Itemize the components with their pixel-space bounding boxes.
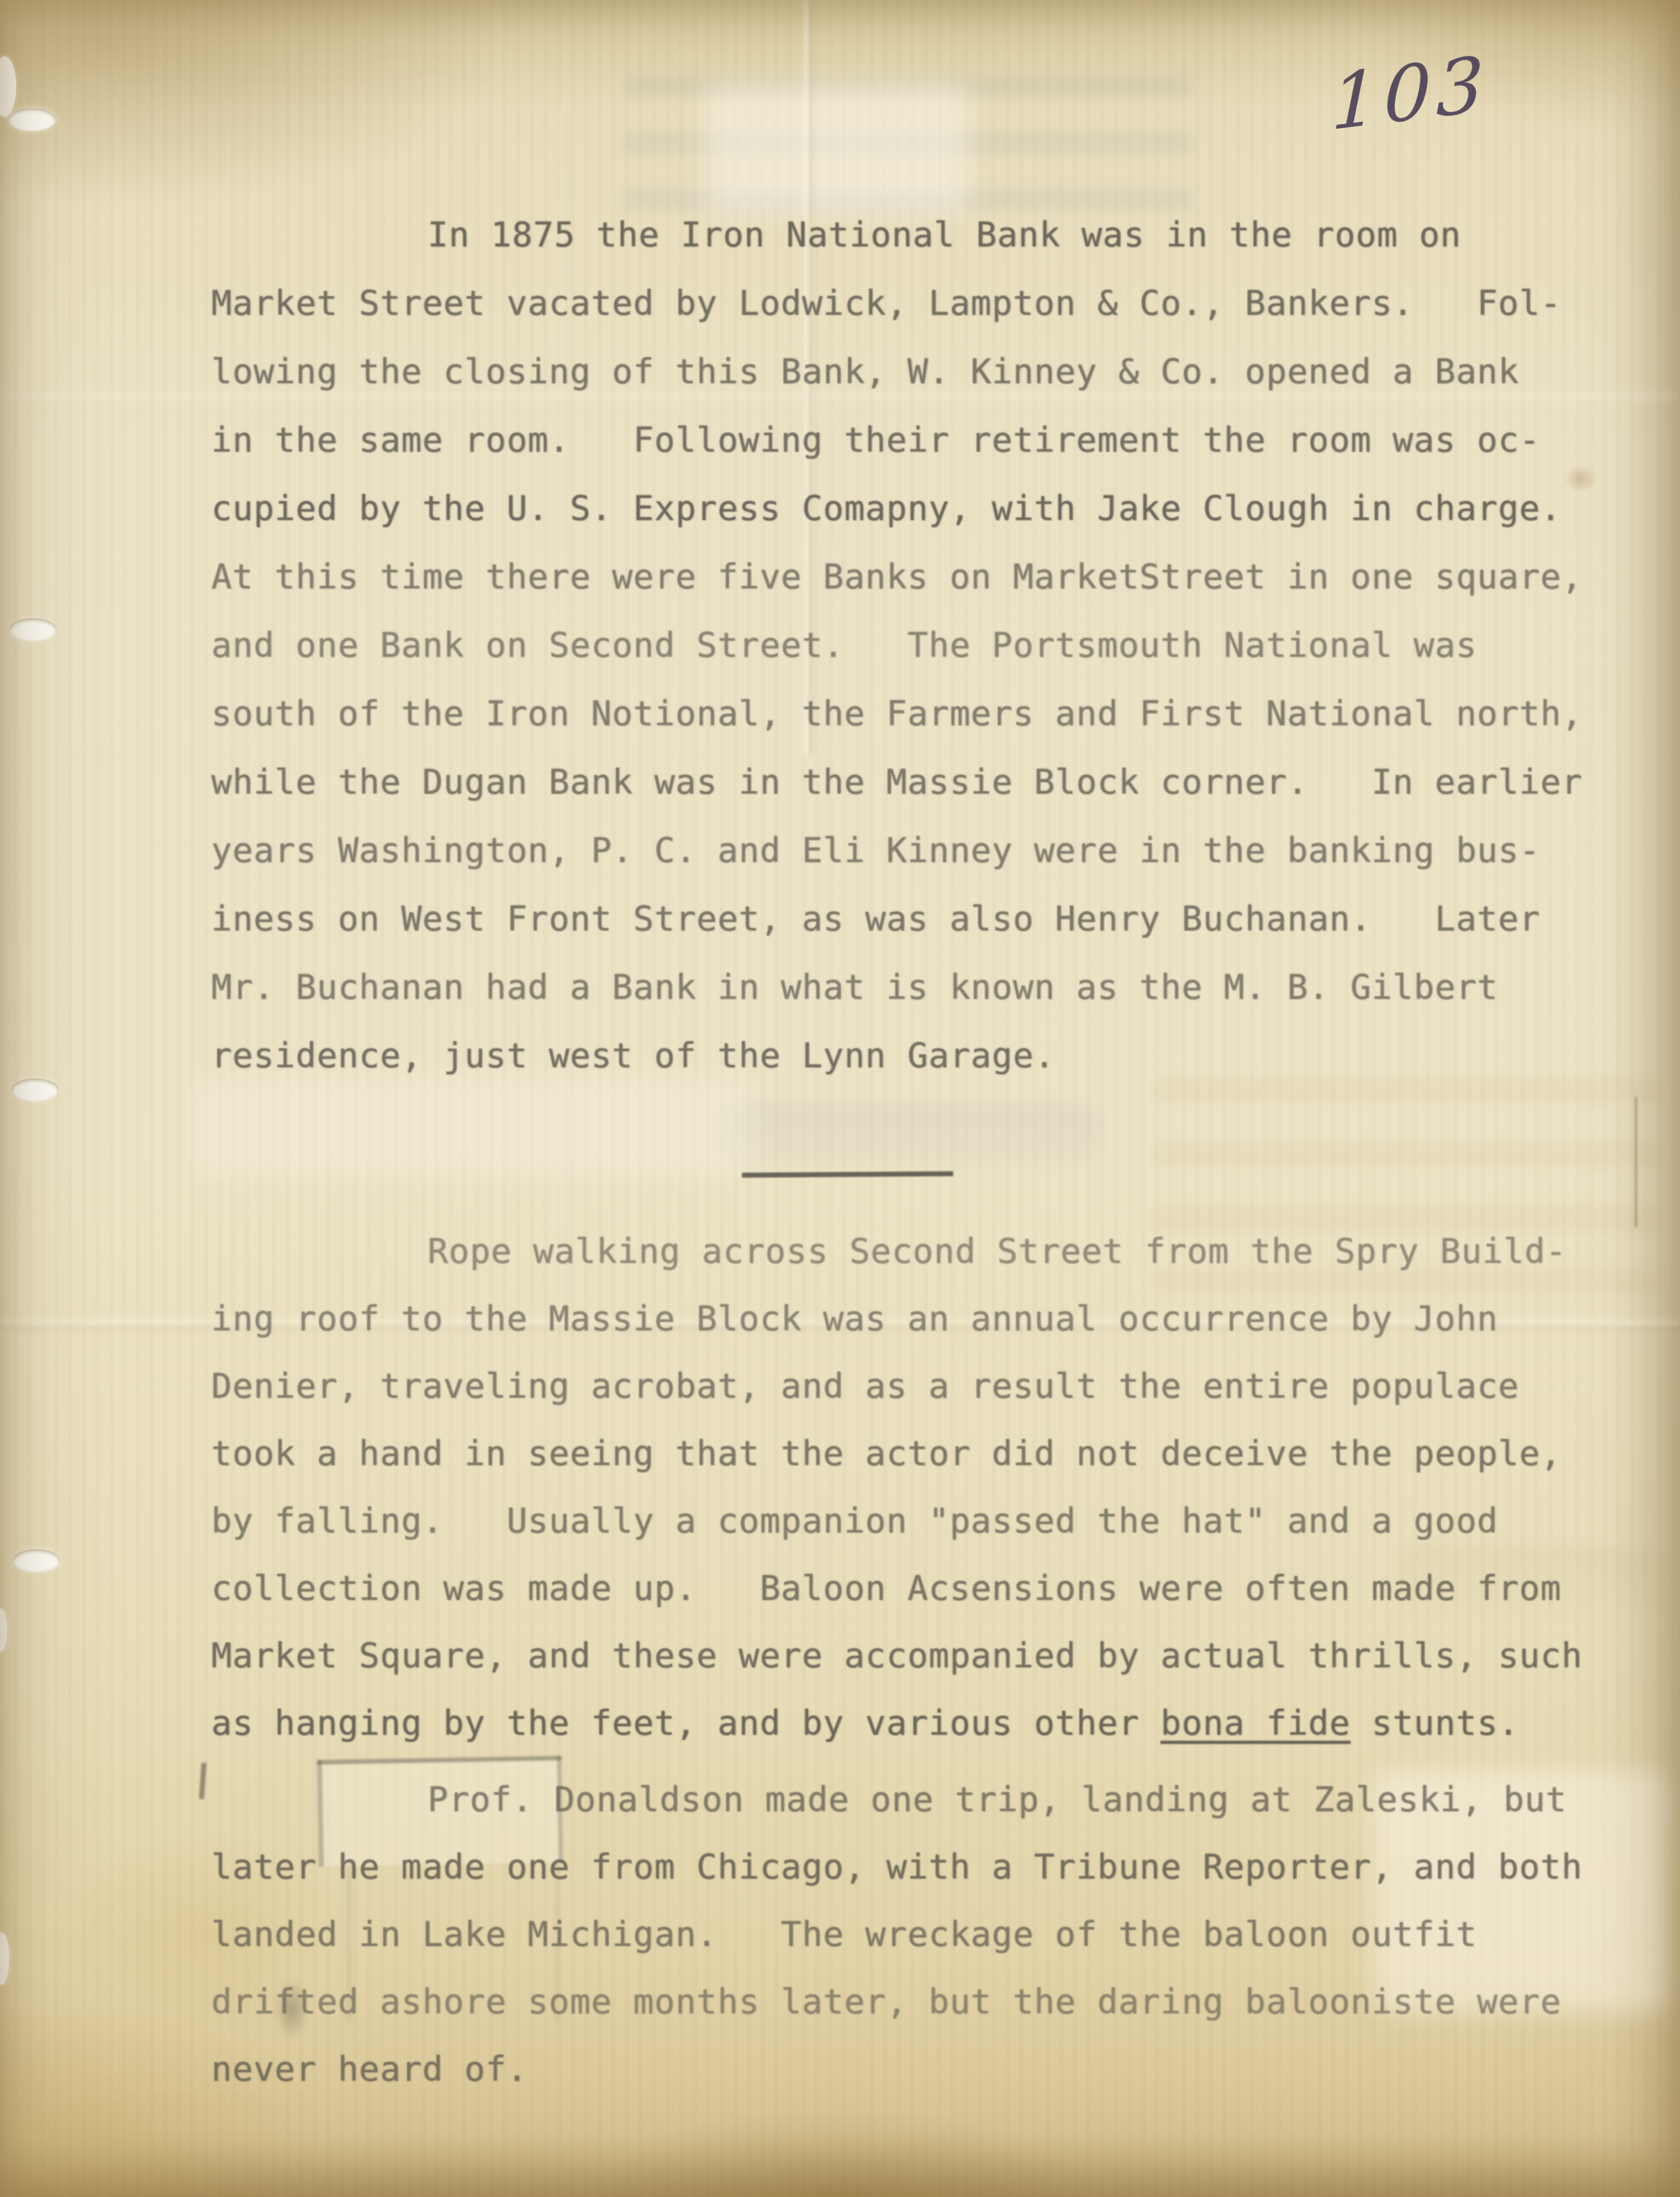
typed-line: iness on West Front Street, as was also … (211, 885, 1610, 954)
handwritten-page-number: 103 (1330, 40, 1490, 148)
ink-tick-mark (199, 1763, 207, 1800)
paper-edge-nick (0, 1609, 7, 1652)
typed-line: landed in Lake Michigan. The wreckage of… (211, 1901, 1610, 1969)
typed-line: In 1875 the Iron National Bank was in th… (211, 201, 1610, 270)
typed-line: collection was made up. Baloon Acsension… (211, 1555, 1610, 1623)
typed-line: ing roof to the Massie Block was an annu… (211, 1286, 1610, 1353)
lighter-patch-top (704, 83, 971, 214)
typed-line: took a hand in seeing that the actor did… (211, 1420, 1610, 1488)
paper-edge-nick (0, 1932, 9, 1985)
typed-line: Denier, traveling acrobat, and as a resu… (211, 1353, 1610, 1420)
bona-fide-underlined: bona fide (1160, 1704, 1350, 1743)
typed-line: Market Square, and these were accompanie… (211, 1623, 1610, 1690)
typed-line: while the Dugan Bank was in the Massie B… (211, 748, 1610, 817)
bona-line-pre: as hanging by the feet, and by various o… (211, 1704, 1160, 1743)
typed-paragraph-1: In 1875 the Iron National Bank was in th… (211, 201, 1610, 1090)
typed-line: by falling. Usually a companion "passed … (211, 1488, 1610, 1555)
typed-line: Prof. Donaldson made one trip, landing a… (211, 1766, 1610, 1834)
document-page: 103 In 1875 the Iron National Bank was i… (0, 0, 1680, 2197)
lighter-patch-middle (191, 1076, 754, 1177)
paragraph-divider (742, 1171, 953, 1178)
typed-line: Rope walking across Second Street from t… (211, 1218, 1610, 1286)
typed-line: At this time there were five Banks on Ma… (211, 543, 1610, 612)
typed-paragraph-3: Prof. Donaldson made one trip, landing a… (211, 1766, 1610, 2103)
typed-line: Mr. Buchanan had a Bank in what is known… (211, 954, 1610, 1022)
typed-line-bona-fide: as hanging by the feet, and by various o… (211, 1690, 1610, 1757)
typed-line: drifted ashore some months later, but th… (211, 1969, 1610, 2036)
bleedthrough-goods (719, 1104, 1102, 1164)
paper-edge-nick (0, 56, 16, 117)
punch-hole (11, 1078, 59, 1102)
typed-line: later he made one from Chicago, with a T… (211, 1834, 1610, 1901)
bona-line-post: stunts. (1351, 1704, 1520, 1743)
typed-line: south of the Iron Notional, the Farmers … (211, 680, 1610, 748)
typed-line: lowing the closing of this Bank, W. Kinn… (211, 338, 1610, 406)
edge-scratch (1635, 1096, 1637, 1227)
punch-hole (8, 108, 56, 131)
typed-line: Market Street vacated by Lodwick, Lampto… (211, 270, 1610, 338)
typed-line: residence, just west of the Lynn Garage. (211, 1022, 1610, 1090)
typed-paragraph-2: Rope walking across Second Street from t… (211, 1218, 1610, 1757)
typed-line: never heard of. (211, 2036, 1610, 2103)
punch-hole (9, 618, 57, 641)
punch-hole (13, 1549, 60, 1572)
typed-line: years Washington, P. C. and Eli Kinney w… (211, 817, 1610, 885)
typed-line: cupied by the U. S. Express Comapny, wit… (211, 475, 1610, 543)
typed-line: in the same room. Following their retire… (211, 406, 1610, 475)
typed-line: and one Bank on Second Street. The Ports… (211, 612, 1610, 680)
